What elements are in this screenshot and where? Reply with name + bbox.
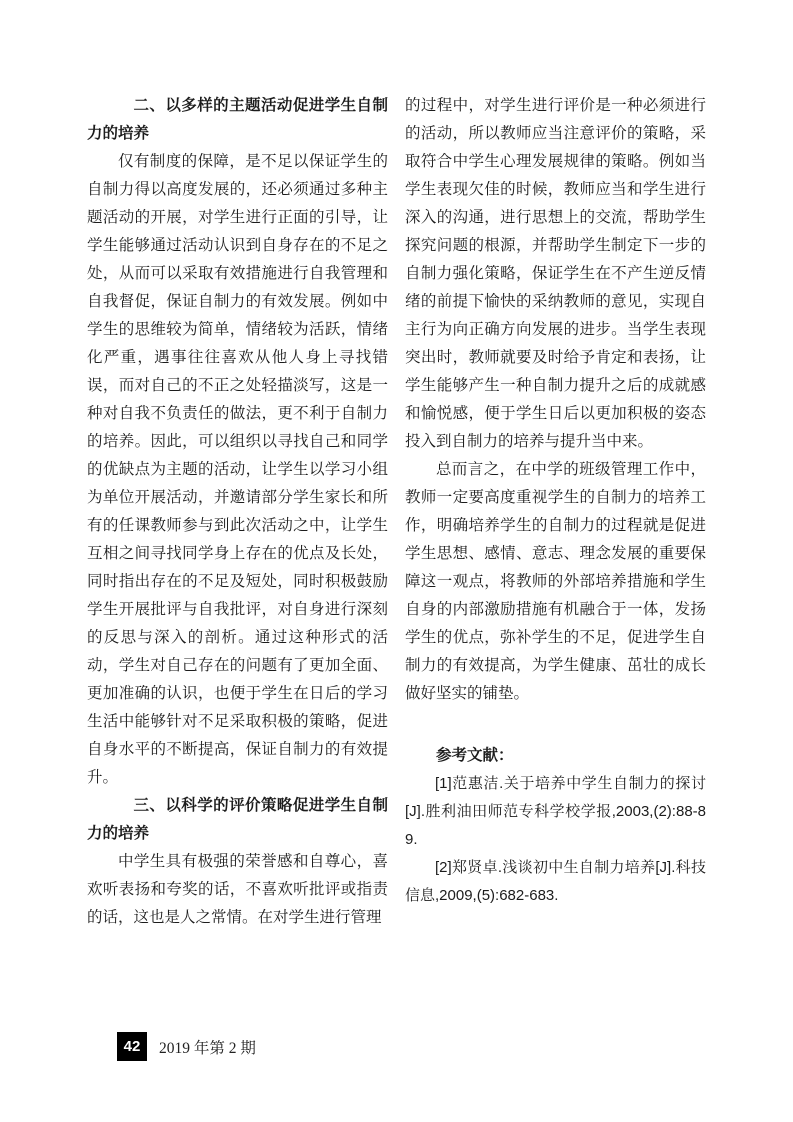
section-3-heading: 三、以科学的评价策略促进学生自制力的培养 bbox=[87, 792, 388, 848]
conclusion-paragraph: 总而言之，在中学的班级管理工作中，教师一定要高度重视学生的自制力的培养工作，明确… bbox=[405, 456, 706, 708]
references-heading: 参考文献： bbox=[405, 742, 706, 770]
section-3-paragraph-continued: 的过程中，对学生进行评价是一种必须进行的活动，所以教师应当注意评价的策略，采取符… bbox=[405, 92, 706, 456]
section-2-heading: 二、以多样的主题活动促进学生自制力的培养 bbox=[87, 92, 388, 148]
reference-entry-1: [1]范惠洁.关于培养中学生自制力的探讨[J].胜利油田师范专科学校学报,200… bbox=[405, 770, 706, 854]
journal-page: 二、以多样的主题活动促进学生自制力的培养 仅有制度的保障，是不足以保证学生的自制… bbox=[0, 0, 793, 1122]
section-2-paragraph: 仅有制度的保障，是不足以保证学生的自制力得以高度发展的，还必须通过多种主题活动的… bbox=[87, 148, 388, 792]
right-text-column: 的过程中，对学生进行评价是一种必须进行的活动，所以教师应当注意评价的策略，采取符… bbox=[405, 92, 706, 910]
left-text-column: 二、以多样的主题活动促进学生自制力的培养 仅有制度的保障，是不足以保证学生的自制… bbox=[87, 92, 388, 932]
reference-entry-2: [2]郑贤卓.浅谈初中生自制力培养[J].科技信息,2009,(5):682-6… bbox=[405, 854, 706, 910]
page-footer: 42 2019 年第 2 期 bbox=[117, 1032, 256, 1061]
journal-issue-label: 2019 年第 2 期 bbox=[159, 1036, 256, 1058]
section-3-paragraph-start: 中学生具有极强的荣誉感和自尊心，喜欢听表扬和夸奖的话，不喜欢听批评或指责的话，这… bbox=[87, 848, 388, 932]
page-number-badge: 42 bbox=[117, 1032, 147, 1061]
